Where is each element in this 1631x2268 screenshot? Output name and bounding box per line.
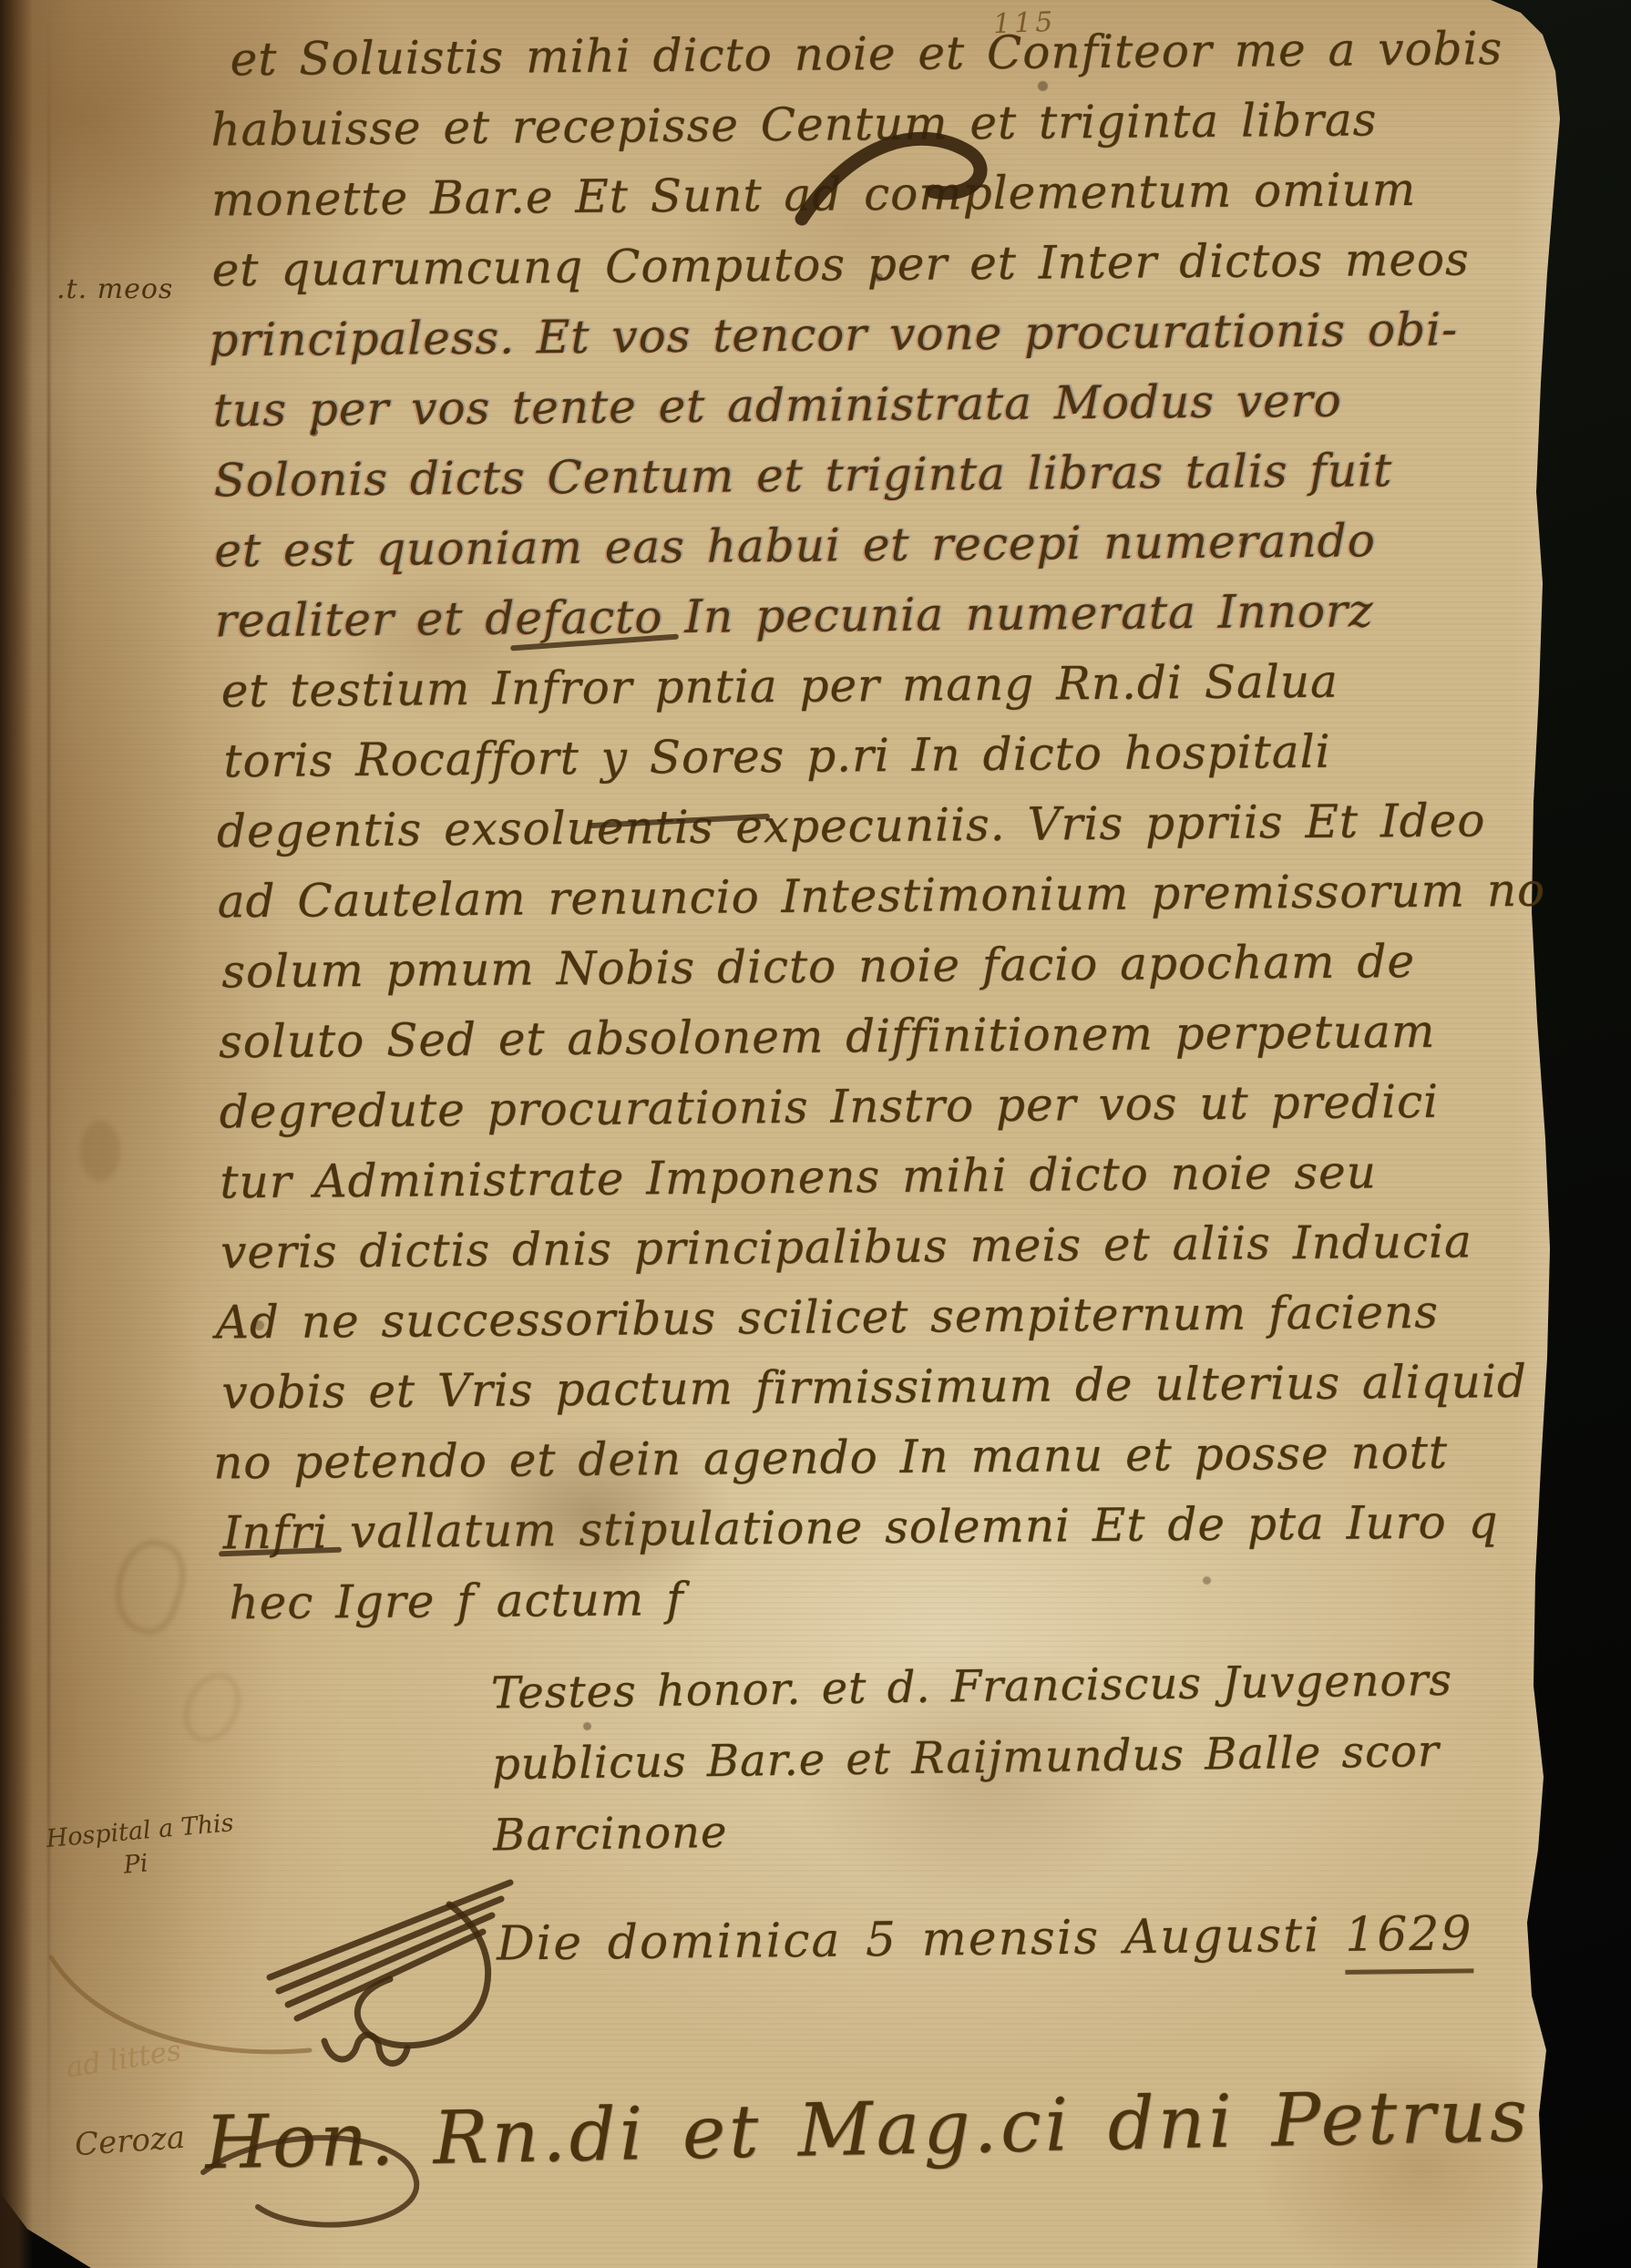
binding-gutter-shadow	[0, 0, 33, 2268]
date-line: Die dominica 5 mensis Augusti 1629	[497, 1906, 1473, 1971]
manuscript-line: vobis et Vris pactum firmissimum de ulte…	[221, 1346, 1553, 1428]
manuscript-line: et Soluistis mihi dicto noie et Confiteo…	[230, 13, 1541, 95]
manuscript-line: solum pmum Nobis dicto noie facio apocha…	[221, 925, 1549, 1007]
manuscript-line: tus per vos tente et administrata Modus …	[213, 364, 1544, 446]
bleedthrough-mark	[80, 1121, 120, 1181]
manuscript-photograph: 115 et Soluistis mihi dicto noie et Conf…	[0, 0, 1631, 2268]
deed-body-text: et Soluistis mihi dicto noie et Confiteo…	[210, 13, 1554, 1638]
manuscript-line: tur Administrate Imponens mihi dicto noi…	[220, 1135, 1551, 1217]
manuscript-line: et est quoniam eas habui et recepi numer…	[214, 504, 1545, 586]
manuscript-line: hec Igre f actum f	[229, 1556, 1554, 1638]
ink-specks	[310, 428, 318, 436]
manuscript-line: degredute procurationis Instro per vos u…	[219, 1065, 1550, 1147]
witness-line: Testes honor. et d. Franciscus Juvgenors	[490, 1645, 1452, 1729]
manuscript-line: Ad ne successoribus scilicet sempiternum…	[215, 1276, 1552, 1358]
manuscript-line: principaless. Et vos tencor vone procura…	[209, 293, 1544, 375]
manuscript-line: degentis exsoluentis expecuniis. Vris pp…	[217, 785, 1548, 867]
witness-line: Barcinone	[493, 1787, 1455, 1872]
margin-note-ceroza: Ceroza	[74, 2119, 187, 2163]
year-underlined: 1629	[1345, 1906, 1473, 1974]
manuscript-line: veris dictis dnis principalibus meis et …	[221, 1206, 1552, 1288]
witness-line: publicus Bar.e et Raijmundus Balle scor	[492, 1716, 1454, 1801]
manuscript-line: et testium Infror pntia per mang Rn.di S…	[221, 644, 1546, 726]
page-crease-line	[47, 0, 50, 2251]
signature-flourish-loop	[196, 2116, 433, 2243]
witness-clause: Testes honor. et d. Franciscus Juvgenors…	[490, 1645, 1454, 1872]
manuscript-line: Infri vallatum stipulatione solemni Et d…	[222, 1486, 1554, 1568]
manuscript-line: no petendo et dein agendo In manu et pos…	[213, 1416, 1554, 1498]
date-text: Die dominica 5 mensis Augusti	[497, 1908, 1346, 1972]
manuscript-line: realiter et defacto In pecunia numerata …	[215, 574, 1546, 656]
interline-correction: .t. meos	[56, 273, 173, 305]
manuscript-line: ad Cautelam renuncio Intestimonium premi…	[217, 855, 1548, 937]
manuscript-line: soluto Sed et absolonem diffinitionem pe…	[219, 995, 1550, 1077]
manuscript-line: Solonis dicts Centum et triginta libras …	[213, 434, 1544, 516]
manuscript-line: toris Rocaffort y Sores p.ri In dicto ho…	[223, 714, 1547, 796]
pen-flourish-blot	[785, 117, 1004, 244]
